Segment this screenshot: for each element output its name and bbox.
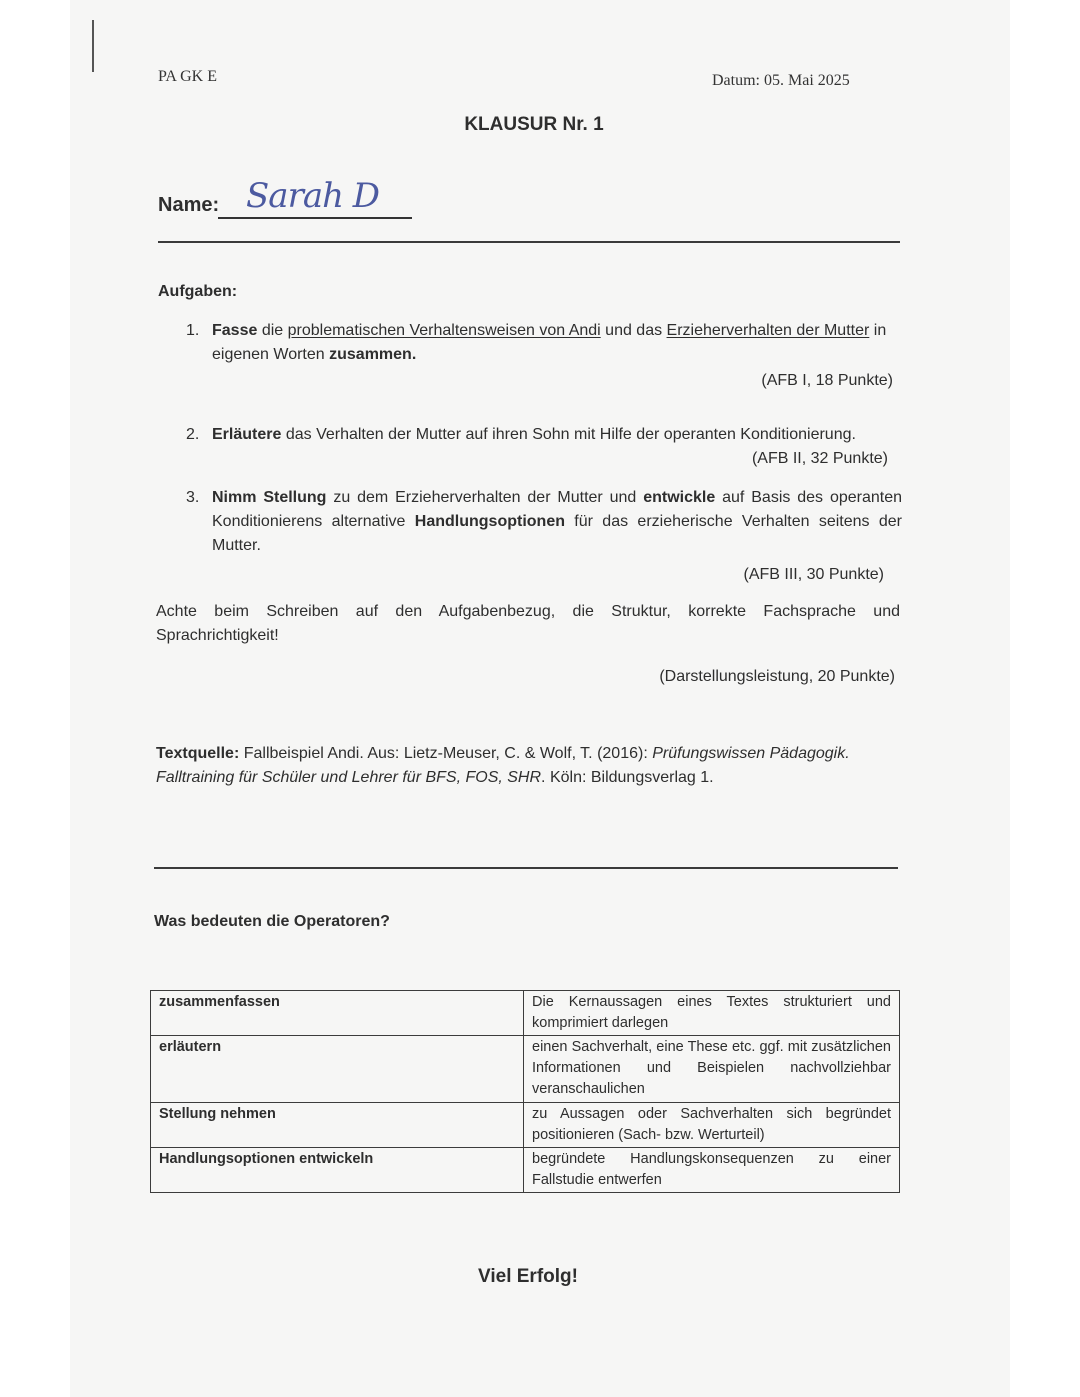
operator-verb: Erläutere: [212, 426, 281, 443]
operators-heading: Was bedeuten die Operatoren?: [154, 913, 390, 931]
source-label: Textquelle:: [156, 745, 239, 762]
table-row: Handlungsoptionen entwickeln begründete …: [151, 1148, 900, 1193]
operator-term: Handlungsoptionen entwickeln: [151, 1148, 524, 1193]
task-number: 3.: [186, 486, 199, 510]
task-2: 2. Erläutere das Verhalten der Mutter au…: [212, 423, 902, 447]
text-source: Textquelle: Fallbeispiel Andi. Aus: Liet…: [156, 742, 906, 790]
operator-term: zusammenfassen: [151, 991, 524, 1036]
operator-definition: zu Aussagen oder Sachverhalten sich begr…: [524, 1103, 900, 1148]
section-divider: [154, 867, 898, 869]
course-code: PA GK E: [158, 68, 217, 86]
name-handwritten-value[interactable]: Sarah D: [246, 176, 379, 216]
operator-verb: Fasse: [212, 322, 257, 339]
operator-verb: Nimm Stellung: [212, 489, 326, 506]
name-underline: [218, 217, 412, 219]
operator-definition: begründete Handlungskonsequenzen zu eine…: [524, 1148, 900, 1193]
underlined-phrase: problematischen Verhaltensweisen von And…: [288, 322, 601, 339]
operator-verb: entwickle: [643, 489, 715, 506]
presentation-points: (Darstellungsleistung, 20 Punkte): [659, 668, 895, 686]
table-row: zusammenfassen Die Kernaussagen eines Te…: [151, 991, 900, 1036]
exam-title: KLAUSUR Nr. 1: [0, 114, 1080, 136]
operator-definition: einen Sachverhalt, eine These etc. ggf. …: [524, 1036, 900, 1103]
underlined-phrase: Erzieherverhalten der Mutter: [667, 322, 870, 339]
task-3: 3. Nimm Stellung zu dem Erzieherverhalte…: [212, 486, 902, 558]
task-1-points: (AFB I, 18 Punkte): [761, 372, 893, 390]
operator-term: Stellung nehmen: [151, 1103, 524, 1148]
header-divider: [158, 241, 900, 243]
task-number: 1.: [186, 319, 199, 343]
table-row: erläutern einen Sachverhalt, eine These …: [151, 1036, 900, 1103]
tasks-heading: Aufgaben:: [158, 283, 237, 301]
operator-verb: Handlungsoptionen: [415, 513, 565, 530]
table-row: Stellung nehmen zu Aussagen oder Sachver…: [151, 1103, 900, 1148]
operator-verb: zusammen.: [329, 346, 416, 363]
operators-table: zusammenfassen Die Kernaussagen eines Te…: [150, 990, 900, 1193]
operator-term: erläutern: [151, 1036, 524, 1103]
operator-definition: Die Kernaussagen eines Textes strukturie…: [524, 991, 900, 1036]
task-3-points: (AFB III, 30 Punkte): [744, 566, 885, 584]
scan-edge-mark: [92, 20, 94, 72]
task-number: 2.: [186, 423, 199, 447]
exam-date: Datum: 05. Mai 2025: [712, 72, 850, 90]
name-label: Name:: [158, 194, 219, 217]
closing-message: Viel Erfolg!: [0, 1266, 1080, 1288]
writing-instruction: Achte beim Schreiben auf den Aufgabenbez…: [156, 600, 900, 648]
task-1: 1. Fasse die problematischen Verhaltensw…: [212, 319, 902, 367]
task-2-points: (AFB II, 32 Punkte): [752, 450, 888, 468]
